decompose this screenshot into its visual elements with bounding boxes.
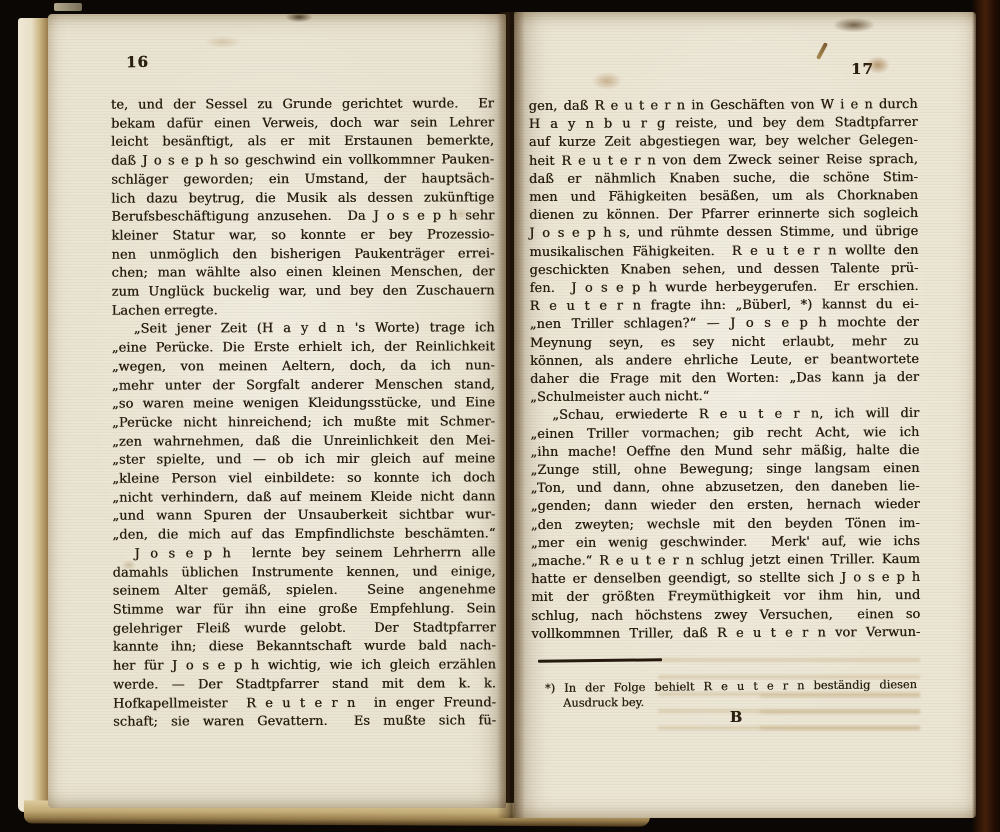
text-line: „Zunge still, ohne Bewegung; singe langs…: [530, 460, 919, 480]
text-line: te, und der Sessel zu Grunde gerichtet w…: [111, 95, 494, 115]
text-line: „Ton, und dann, ohne abzusetzen, den dan…: [531, 478, 920, 498]
text-line: daß er nähmlich Knaben suche, die schöne…: [529, 169, 918, 189]
text-line: R e u t e r n fragte ihn: „Büberl, *) ka…: [530, 296, 919, 316]
text-line: „wegen, von meinen Aeltern, doch, da ich…: [112, 357, 495, 377]
text-line: zum Unglück buckelig war, und bey den Zu…: [112, 282, 495, 302]
text-line: Lachen erregte.: [112, 301, 495, 321]
page-number-right: 17: [851, 60, 874, 78]
text-line: „einen Triller vormachen; gib recht Acht…: [530, 424, 919, 444]
text-line: her für J o s e p h wichtig, wie ich gle…: [113, 656, 496, 676]
text-line: „ihn mache! Oeffne den Mund sehr mäßig, …: [530, 442, 919, 462]
stacked-page-edges-left: [18, 18, 52, 812]
text-line: lich dazu beytrug, die Musik als dessen …: [111, 189, 494, 209]
text-line: vollkommnen Triller, daß R e u t e r n v…: [531, 624, 920, 644]
text-line: Hofkapellmeister R e u t e r n in enger …: [113, 694, 496, 714]
text-line: „mache.“ R e u t e r n schlug jetzt eine…: [531, 551, 920, 571]
text-line: schaft; sie waren Gevattern. Es mußte si…: [113, 713, 496, 733]
text-line: „eine Perücke. Die Erste erhielt ich, de…: [112, 338, 495, 358]
text-line: seinem Alter gemäß, spielen. Seine angen…: [113, 582, 496, 602]
book-cover-edge-right: [972, 0, 1000, 832]
text-line: daß J o s e p h so geschwind ein vollkom…: [111, 151, 494, 171]
text-line: damahls üblichen Instrumente kennen, und…: [113, 563, 496, 583]
text-line: „zen wahrnehmen, daß die Unreinlichkeit …: [112, 432, 495, 452]
signature-mark: B: [716, 709, 756, 726]
text-line: „den zweyten; wechsle mit den beyden Tön…: [531, 515, 920, 535]
text-line: gelehriger Fleiß wurde gelobt. Der Stadt…: [113, 619, 496, 639]
text-line: „Perücke nicht hinreichend; ich mußte mi…: [112, 413, 495, 433]
text-line: „nen Triller schlagen?“ — J o s e p h mo…: [530, 314, 919, 334]
text-line: leicht besänftigt, als er mit Erstaunen …: [111, 133, 494, 153]
text-line: können, als andere ehrliche Leute, er be…: [530, 351, 919, 371]
text-line: nen unmöglich den bisherigen Paukenträge…: [111, 245, 494, 265]
text-line: „mehr unter der Sorgfalt anderer Mensche…: [112, 376, 495, 396]
text-line: hatte er denselben geendigt, so stellte …: [531, 569, 920, 589]
text-line: J o s e p h s, und rühmte dessen Stimme,…: [529, 223, 918, 243]
text-line: Meynung seyn, es sey nicht erlaubt, mehr…: [530, 333, 919, 353]
text-line: Stimme war für ihn eine große Empfehlung…: [113, 600, 496, 620]
text-line: mit der größten Freymüthigkeit vor ihm h…: [531, 587, 920, 607]
text-line: schläger geworden; ein Umstand, der haup…: [111, 170, 494, 190]
text-line: „und wann Spuren der Unsauberkeit sichtb…: [112, 507, 495, 527]
binding-mark: [54, 3, 82, 11]
text-line: Berufsbeschäftigung anzusehen. Da J o s …: [111, 208, 494, 228]
text-line: men und Fähigkeiten besäßen, um als Chor…: [529, 187, 918, 207]
text-line: „mer ein wenig geschwinder. Merk' auf, w…: [531, 533, 920, 553]
page-number-left: 16: [126, 53, 149, 71]
text-line: gen, daß R e u t e r n in Geschäften von…: [529, 96, 918, 116]
text-line: chen; man wählte also einen kleinen Mens…: [111, 264, 494, 284]
text-line: „genden; dann wieder den ersten, hernach…: [531, 496, 920, 516]
text-line: „nicht verhindern, daß auf meinem Kleide…: [112, 488, 495, 508]
text-line: kleiner Statur war, so konnte er bey Pro…: [111, 226, 494, 246]
text-line: musikalischen Fähigkeiten. R e u t e r n…: [529, 242, 918, 262]
text-line: „kleine Person viel einbildete: so konnt…: [112, 469, 495, 489]
text-line: kannte ihn; diese Bekanntschaft wurde ba…: [113, 638, 496, 658]
text-line: H a y n b u r g reiste, und bey dem Stad…: [529, 114, 918, 134]
text-line: daher die Frage mit den Worten: „Das kan…: [530, 369, 919, 389]
text-line: dienen zu können. Der Pfarrer erinnerte …: [529, 205, 918, 225]
text-line: „Schau, erwiederte R e u t e r n, ich wi…: [530, 405, 919, 425]
book-photo: 16 17 te, und der Sessel zu Grunde geric…: [0, 0, 1000, 832]
text-line: „Seit jener Zeit (H a y d n 's Worte) tr…: [112, 320, 495, 340]
text-line: „den, die mich auf das Empfindlichste be…: [112, 526, 495, 546]
text-line: geschickten Knaben sehen, und dessen Tal…: [529, 260, 918, 280]
text-line: auf kurze Zeit abgestiegen war, bey welc…: [529, 132, 918, 152]
text-line: schlug, nach höchstens zwey Versuchen, e…: [531, 606, 920, 626]
text-line: „so waren meine wenigen Kleidungsstücke,…: [112, 395, 495, 415]
text-line: heit R e u t e r n von dem Zweck seiner …: [529, 151, 918, 171]
text-line: „ster spielte, und — ob ich mir gleich a…: [112, 451, 495, 471]
text-line: bekam dafür einen Verweis, doch war sein…: [111, 114, 494, 134]
left-page-text: te, und der Sessel zu Grunde gerichtet w…: [111, 95, 496, 732]
right-page-text: gen, daß R e u t e r n in Geschäften von…: [529, 96, 921, 644]
footnote: *) In der Folge behielt R e u t e r n be…: [545, 677, 917, 710]
text-line: werde. — Der Stadtpfarrer stand mit dem …: [113, 675, 496, 695]
text-line: fen. J o s e p h wurde herbeygerufen. Er…: [530, 278, 919, 298]
text-line: „Schulmeister auch nicht.“: [530, 387, 919, 407]
text-line: J o s e p h lernte bey seinem Lehrherrn …: [112, 544, 495, 564]
